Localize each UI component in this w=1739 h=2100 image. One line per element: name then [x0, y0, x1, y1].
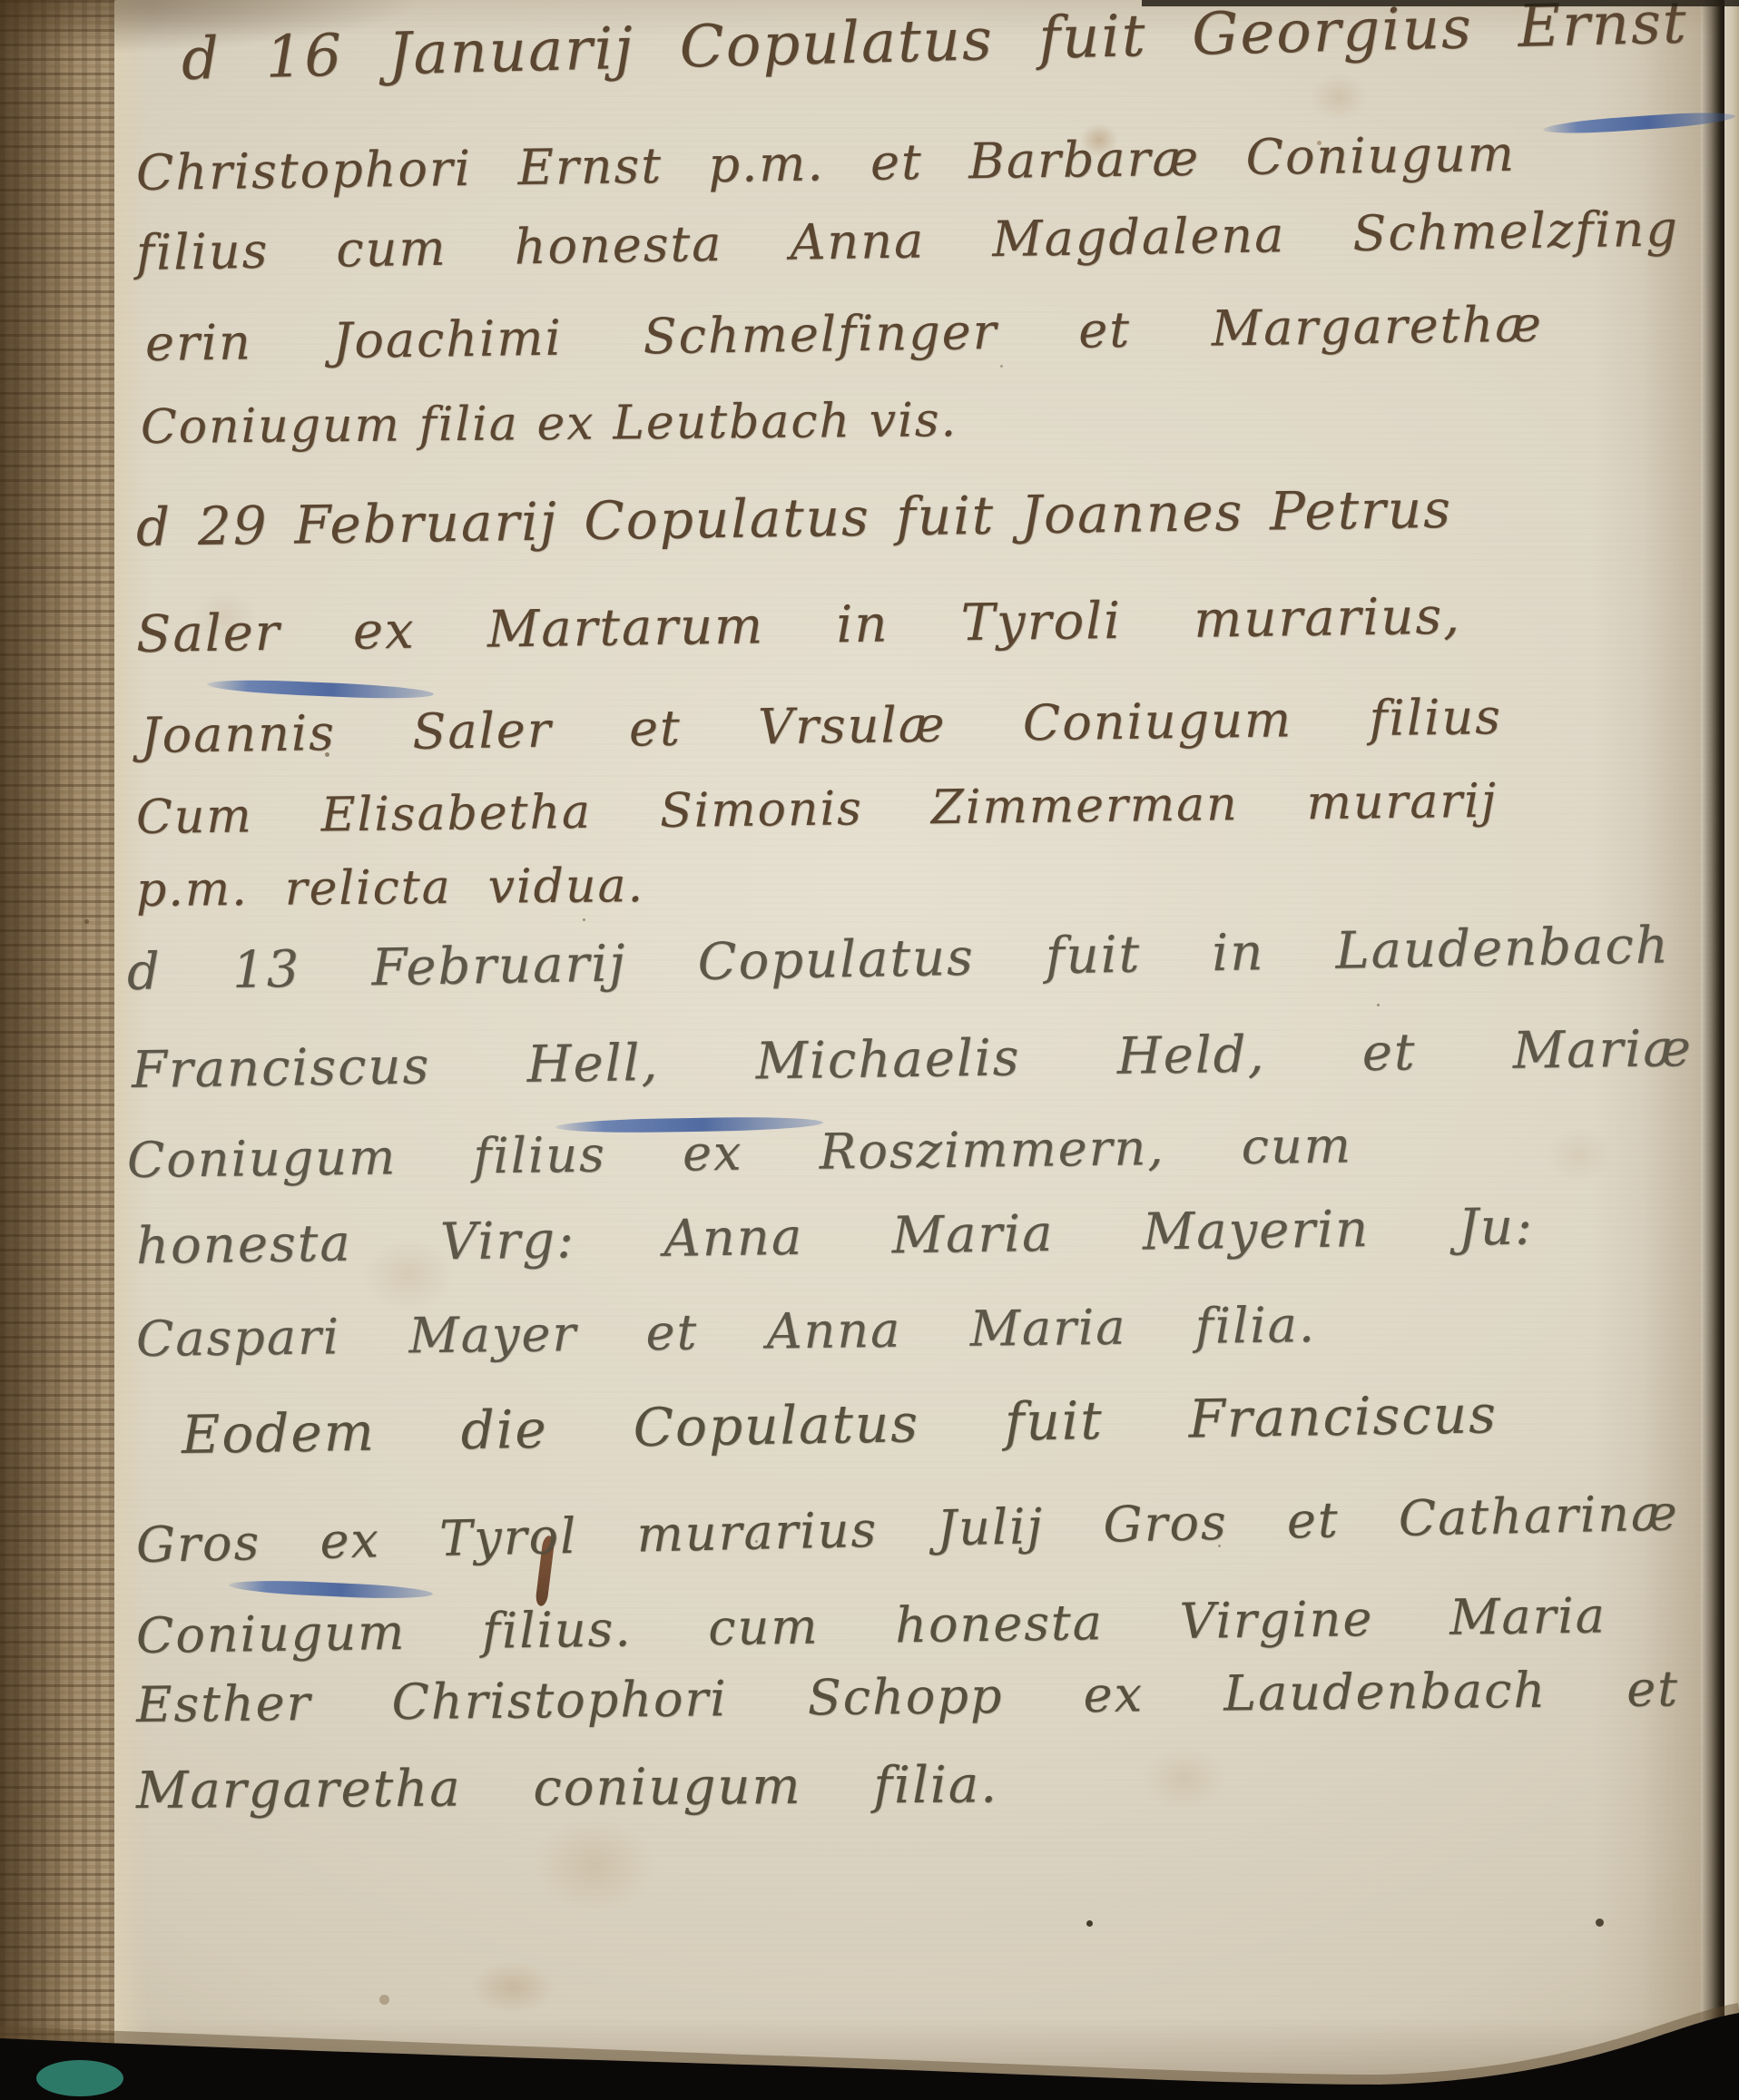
- manuscript-line: p.m. relicta vidua.: [136, 859, 645, 918]
- teal-object: [36, 2060, 123, 2096]
- book-fore-edge: [0, 0, 114, 2100]
- register-page-scan: d 16 Januarij Copulatus fuit Georgius Er…: [0, 0, 1739, 2100]
- scan-black-band: [0, 2013, 1739, 2100]
- manuscript-line: Coniugum filia ex Leutbach vis.: [141, 394, 958, 456]
- scan-top-edge: [1142, 0, 1739, 6]
- scanner-background: [0, 1810, 1739, 2100]
- gutter-shadow: [1701, 0, 1724, 2100]
- adjacent-page-edge: [1724, 0, 1739, 2100]
